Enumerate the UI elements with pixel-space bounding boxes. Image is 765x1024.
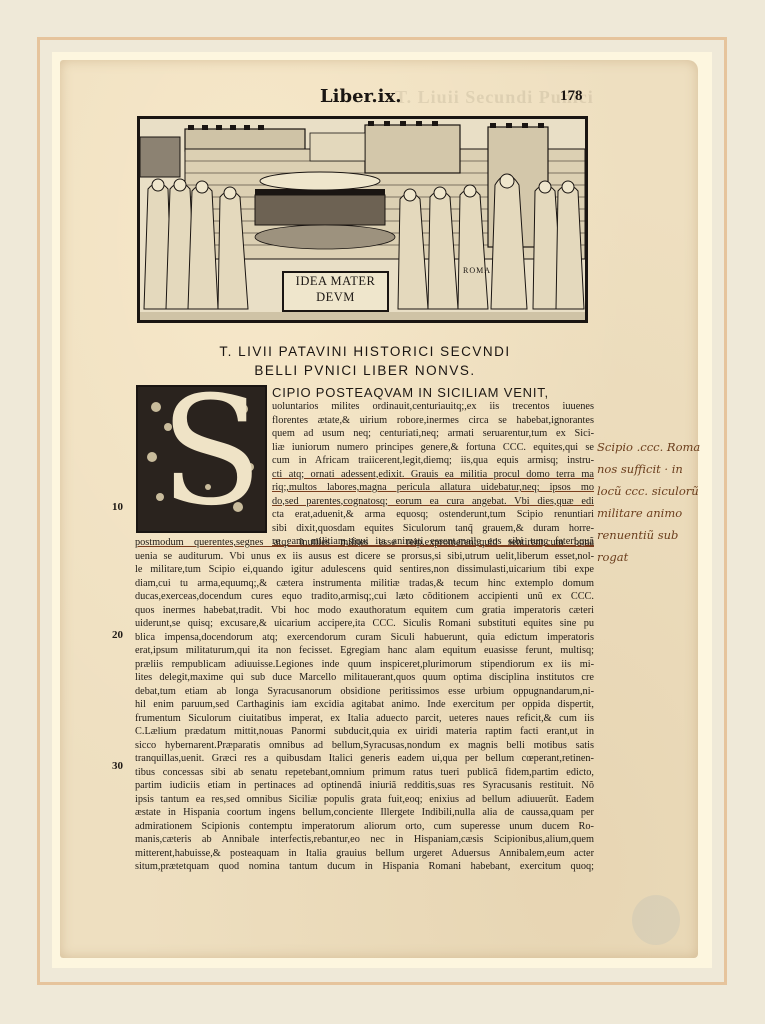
text-line: uoluntarios milites ordinauit,centuriaui… — [272, 400, 594, 414]
text-line: le militare,tum Scipio ei,quando igitur … — [135, 563, 594, 577]
text-line: cum in Africam traiicerent,legit,diemq; … — [272, 454, 594, 468]
note-line: renuentiũ sub — [597, 524, 700, 546]
text-line: quem ad usum neq; centuriati,neq; armati… — [272, 427, 594, 441]
text-line: quos inermes habebat,tradit. Vbi hoc mod… — [135, 604, 594, 618]
text-line: diam,cui tu arma,equumq;,& cætera instru… — [135, 577, 594, 591]
plaque-line-2: DEVM — [284, 289, 387, 305]
indented-text-block: uoluntarios milites ordinauit,centuriaui… — [272, 400, 594, 549]
text-line: frumentum Siculorum ciuitatibus imperat,… — [135, 712, 594, 726]
note-line: nos sufficit · in — [597, 458, 700, 480]
text-line: sibi dixit,quosdam equites Siculorum tan… — [272, 522, 594, 536]
text-line: hil enim paruum,sed Carthaginis iam exci… — [135, 698, 594, 712]
text-line: tranquillas,uenit. Græci res a quibusdam… — [135, 752, 594, 766]
text-line: blica impensa,docendorum atq; exercendor… — [135, 631, 594, 645]
note-line: Scipio .ccc. Roma — [597, 436, 700, 458]
text-line: lites delegit,maxime qui sub duce Marcel… — [135, 671, 594, 685]
text-line: florentes ætate,& uirium robore,inermes … — [272, 414, 594, 428]
text-line: tibus concessas sibi ab senatu repeteban… — [135, 766, 594, 780]
note-line: militare animo — [597, 502, 700, 524]
initial-letter: S — [160, 385, 263, 527]
line-number: 20 — [112, 629, 123, 641]
text-line: partim iudiciis etiam in pertinaces ad o… — [135, 779, 594, 793]
text-line: erat,ipsum militaturum,qui ita non fecis… — [135, 644, 594, 658]
text-line: uiderunt,se quisq; excusare,& uicarium a… — [135, 617, 594, 631]
book-title-line-1: T. LIVII PATAVINI HISTORICI SECVNDI — [130, 344, 600, 359]
text-line: mitterent,habuisse,& posteaquam in Itali… — [135, 847, 594, 861]
text-line-underlined: cti atq; ornati adessent,edixit. Grauis … — [272, 468, 594, 482]
plaque-line-1: IDEA MATER — [284, 273, 387, 289]
text-line: sicco hybernarent.Præparatis omnibus ad … — [135, 739, 594, 753]
text-line: situm,prætetquam quod nomina tantum ducu… — [135, 860, 594, 874]
text-line: C.Lælium prædatum mittit,nouas Panormi s… — [135, 725, 594, 739]
paper-stain — [632, 895, 680, 945]
text-line: uenia se auditurum. Vbi unus ex iis ausu… — [135, 550, 594, 564]
note-line: rogat — [597, 546, 700, 568]
line-number: 30 — [112, 760, 123, 772]
opening-line: CIPIO POSTEAQVAM IN SICILIAM VENIT, — [272, 385, 549, 400]
text-line: admirationem Scipionis contemptu imperat… — [135, 820, 594, 834]
decorated-initial: S — [136, 385, 267, 533]
main-text-block: postmodum querentes,segnes atq; inutiles… — [135, 536, 594, 874]
text-line: ducas,exerceas,docendum cures equo tradi… — [135, 590, 594, 604]
caption-plaque: IDEA MATER DEVM — [282, 271, 389, 312]
line-number: 10 — [112, 501, 123, 513]
running-head: Liber.ix. — [320, 86, 401, 107]
handwritten-marginal-note: Scipio .ccc. Roma nos sufficit · in locũ… — [597, 436, 700, 568]
book-title-line-2: BELLI PVNICI LIBER NONVS. — [130, 363, 600, 378]
text-line: præliis rempublicam adiuuisse.Legiones i… — [135, 658, 594, 672]
note-line: locũ ccc. siculorũ — [597, 480, 700, 502]
text-line: cta erat,aduenit,& arma equosq; ostender… — [272, 508, 594, 522]
text-line-underlined: do,sed parentes,cognatosq; eorum ea cura… — [272, 495, 594, 509]
text-line: liæ iuniorum numero principes genere,& f… — [272, 441, 594, 455]
text-line-underlined: riq;,multos labores,magna pericula allat… — [272, 481, 594, 495]
text-line: manis,cæteris ab Annibale interfectis,re… — [135, 833, 594, 847]
folio-number: 178 — [560, 88, 583, 105]
city-label: ROMA — [463, 266, 491, 275]
text-line: debat,tum etiam ab longa Syracusanorum o… — [135, 685, 594, 699]
text-line-underlined: postmodum querentes,segnes atq; inutiles… — [135, 536, 594, 550]
text-line: ipsis tantum ea res,sed omnibus Siciliæ … — [135, 793, 594, 807]
text-line: æstate in Hispania coortum ingens bellum… — [135, 806, 594, 820]
